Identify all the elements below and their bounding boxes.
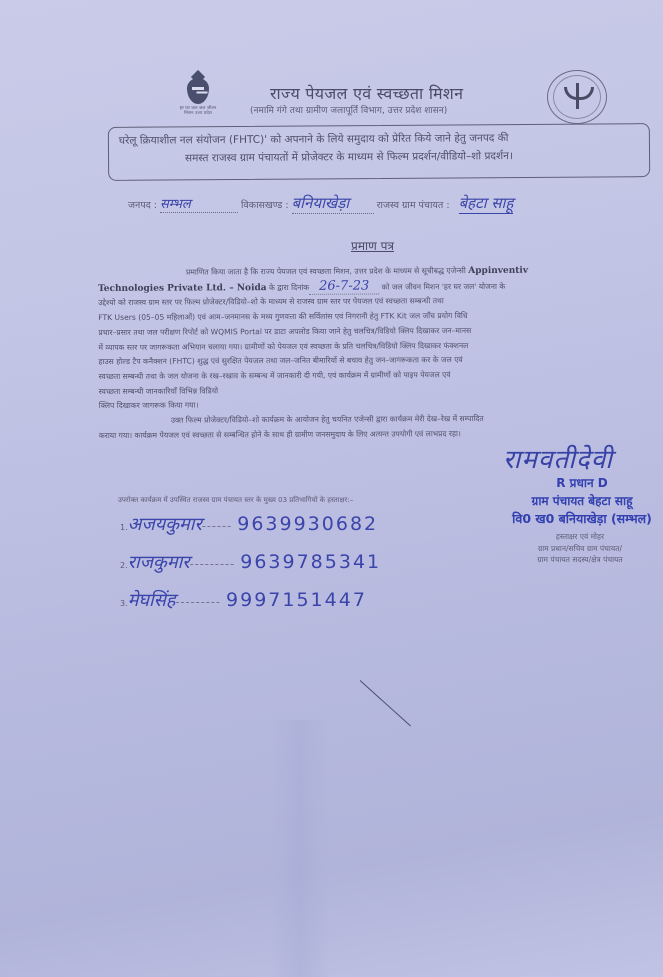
gram-panchayat-value: बेहटा साहू [459,193,514,214]
certificate-title: प्रमाण पत्र [351,237,394,254]
participant-phone: 9997151447 [226,589,367,611]
mission-title: राज्य पेयजल एवं स्वच्छता मिशन [270,82,463,104]
logo-caption: हर घर जल जल जीवन मिशन उत्तर प्रदेश [178,106,218,116]
stamp-line-3: वि0 ख0 बनियाखेड़ा (सम्भल) [497,510,663,527]
official-stamp: R प्रधान D ग्राम पंचायत बेहटा साहू वि0 ख… [497,474,663,527]
program-date: 26-7-23 [309,278,379,294]
stamp-line-2: ग्राम पंचायत बेहटा साहू [497,492,663,509]
program-banner: घरेलू क्रियाशील नल संयोजन (FHTC)' को अपन… [108,123,650,181]
gram-panchayat-label: राजस्व ग्राम पंचायत : [377,198,450,211]
block-label: विकासखण्ड : [241,198,289,211]
participant-name: अजयकुमार [128,514,202,535]
certificate-body: प्रमाणित किया जाता है कि राज्य पेयजल एवं… [98,263,659,443]
location-fields: जनपद : सम्भल विकासखण्ड : बनियाखेड़ा राजस… [128,193,513,214]
banner-line-1: घरेलू क्रियाशील नल संयोजन (FHTC)' को अपन… [119,131,509,148]
water-drop-icon [187,78,209,104]
participant-row: 1.अजयकुमार------ 9639930682 [120,512,378,536]
up-government-emblem-icon [547,70,607,124]
har-ghar-jal-logo-icon: हर घर जल जल जीवन मिशन उत्तर प्रदेश [178,78,218,124]
janpad-value: सम्भल [160,194,238,213]
paper-fold-shadow [270,720,330,977]
block-value: बनियाखेड़ा [292,193,374,214]
signature-labels: हस्ताक्षर एवं मोहर ग्राम प्रधान/सचिव ग्र… [500,531,660,566]
participant-row: 2.राजकुमार--------- 9639785341 [120,550,381,574]
stamp-line-1: R प्रधान D [497,474,663,491]
janpad-label: जनपद : [128,198,157,211]
participants-note: उपरोक्त कार्यक्रम में उपस्थित राजस्व ग्र… [118,495,458,506]
mission-subtitle: (नमामि गंगे तथा ग्रामीण जलापूर्ति विभाग,… [250,103,447,116]
banner-line-2: समस्त राजस्व ग्राम पंचायतों में प्रोजेक्… [185,149,513,165]
pen-stroke-mark [360,680,411,726]
participant-name: राजकुमार [128,552,190,573]
participant-row: 3.मेघसिंह--------- 9997151447 [120,588,367,612]
participant-phone: 9639785341 [240,551,381,573]
agency-name: Technologies Private Ltd. – Noida [98,283,267,294]
certificate-page: हर घर जल जल जीवन मिशन उत्तर प्रदेश राज्य… [0,0,663,977]
participant-name: मेघसिंह [128,590,176,611]
participant-phone: 9639930682 [237,513,378,535]
pradhan-signature: रामवतीदेवी [503,440,613,476]
